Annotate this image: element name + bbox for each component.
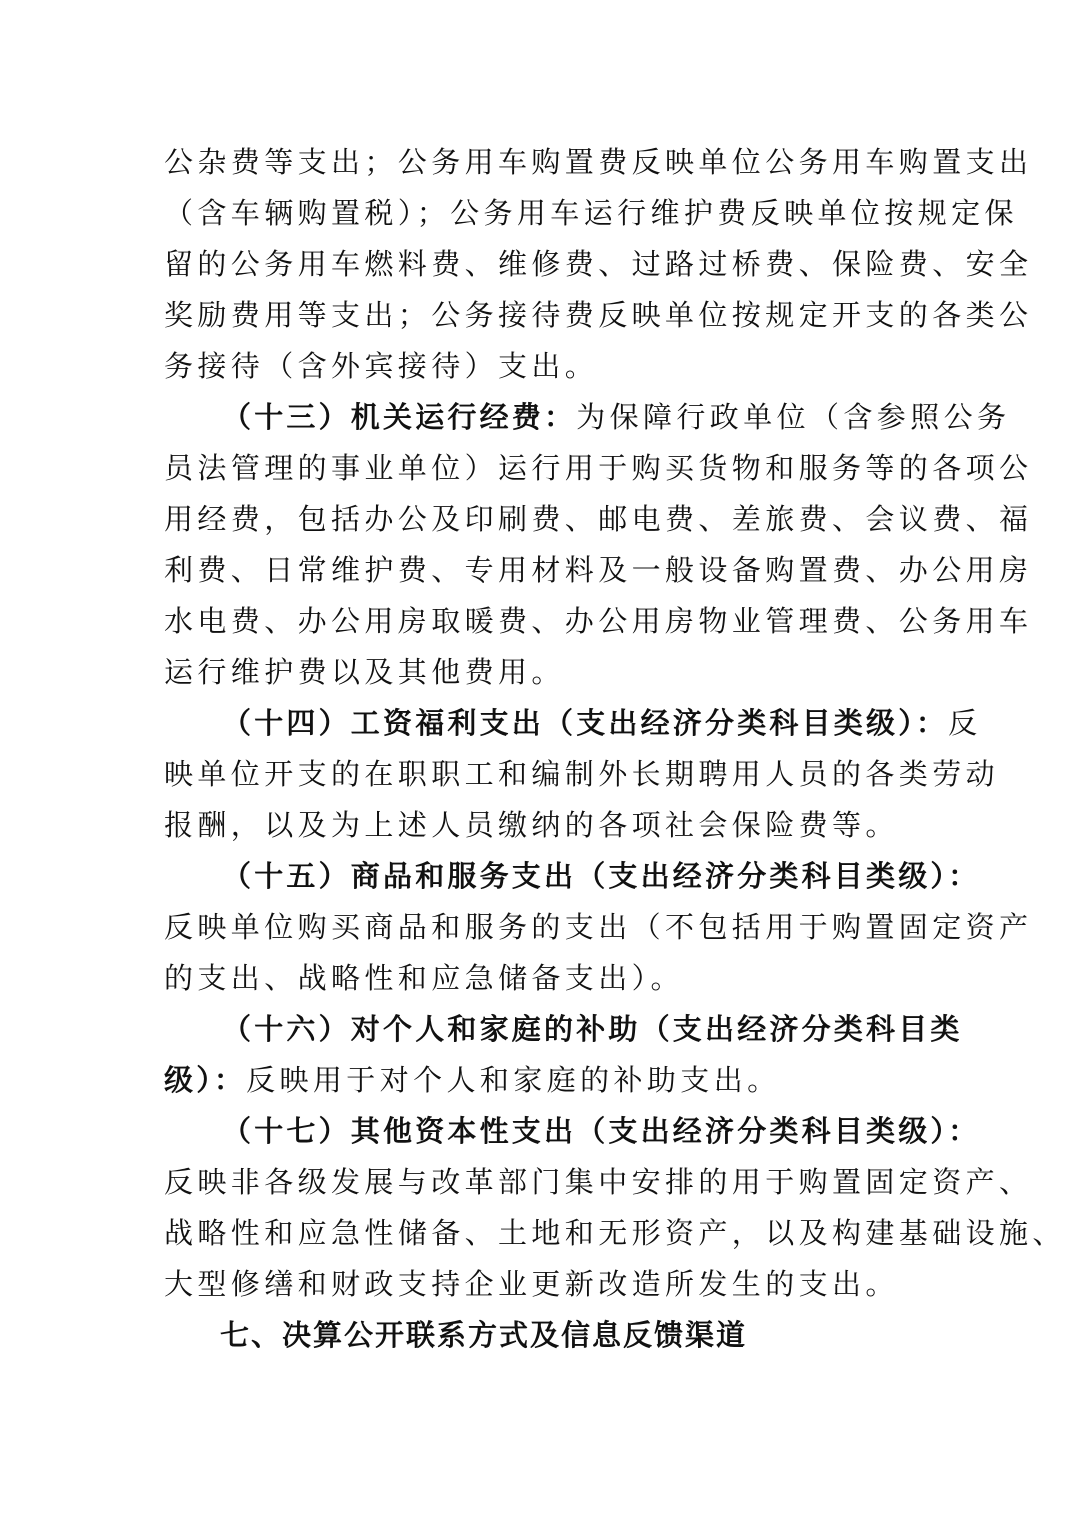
definition-first-line: （十五）商品和服务支出（支出经济分类科目类级）： <box>164 851 916 902</box>
text-line: 映单位开支的在职职工和编制外长期聘用人员的各类劳动 <box>164 749 916 800</box>
definition-first-line: （十三）机关运行经费：为保障行政单位（含参照公务 <box>164 392 916 443</box>
text-line: 利费、日常维护费、专用材料及一般设备购置费、办公用房 <box>164 545 916 596</box>
definition-term: （十三）机关运行经费： <box>222 400 576 434</box>
text-line: 报酬，以及为上述人员缴纳的各项社会保险费等。 <box>164 800 916 851</box>
text-line: 公杂费等支出；公务用车购置费反映单位公务用车购置支出 <box>164 137 916 188</box>
text-line: 大型修缮和财政支持企业更新改造所发生的支出。 <box>164 1259 916 1310</box>
definition-text: 反 <box>948 706 981 740</box>
definition-first-line: （十四）工资福利支出（支出经济分类科目类级）：反 <box>164 698 916 749</box>
text-line: 务接待（含外宾接待）支出。 <box>164 341 916 392</box>
definition-item-13: （十三）机关运行经费：为保障行政单位（含参照公务 员法管理的事业单位）运行用于购… <box>164 392 916 698</box>
definition-item-17: （十七）其他资本性支出（支出经济分类科目类级）： 反映非各级发展与改革部门集中安… <box>164 1106 916 1310</box>
text-line: 的支出、战略性和应急储备支出）。 <box>164 953 916 1004</box>
text-line: 奖励费用等支出；公务接待费反映单位按规定开支的各类公 <box>164 290 916 341</box>
definition-second-line: 级）：反映用于对个人和家庭的补助支出。 <box>164 1055 916 1106</box>
section-heading: 七、决算公开联系方式及信息反馈渠道 <box>164 1310 916 1361</box>
text-line: 用经费，包括办公及印刷费、邮电费、差旅费、会议费、福 <box>164 494 916 545</box>
document-page: 公杂费等支出；公务用车购置费反映单位公务用车购置支出 （含车辆购置税）；公务用车… <box>164 137 916 1361</box>
continuation-paragraph: 公杂费等支出；公务用车购置费反映单位公务用车购置支出 （含车辆购置税）；公务用车… <box>164 137 916 392</box>
text-line: 运行维护费以及其他费用。 <box>164 647 916 698</box>
definition-term: （十六）对个人和家庭的补助（支出经济分类科目类 <box>222 1012 963 1046</box>
definition-first-line: （十六）对个人和家庭的补助（支出经济分类科目类 <box>164 1004 916 1055</box>
definition-item-16: （十六）对个人和家庭的补助（支出经济分类科目类 级）：反映用于对个人和家庭的补助… <box>164 1004 916 1106</box>
text-line: 留的公务用车燃料费、维修费、过路过桥费、保险费、安全 <box>164 239 916 290</box>
text-line: 水电费、办公用房取暖费、办公用房物业管理费、公务用车 <box>164 596 916 647</box>
text-line: 反映单位购买商品和服务的支出（不包括用于购置固定资产 <box>164 902 916 953</box>
definition-first-line: （十七）其他资本性支出（支出经济分类科目类级）： <box>164 1106 916 1157</box>
text-line: 战略性和应急性储备、土地和无形资产，以及构建基础设施、 <box>164 1208 916 1259</box>
definition-item-15: （十五）商品和服务支出（支出经济分类科目类级）： 反映单位购买商品和服务的支出（… <box>164 851 916 1004</box>
definition-term: （十四）工资福利支出（支出经济分类科目类级）： <box>222 706 948 740</box>
definition-text: 为保障行政单位（含参照公务 <box>576 400 1010 434</box>
text-line: （含车辆购置税）；公务用车运行维护费反映单位按规定保 <box>164 188 916 239</box>
definition-term: （十五）商品和服务支出（支出经济分类科目类级）： <box>222 859 980 893</box>
definition-text: 反映用于对个人和家庭的补助支出。 <box>246 1063 780 1097</box>
definition-term-continued: 级）： <box>164 1063 246 1097</box>
text-line: 反映非各级发展与改革部门集中安排的用于购置固定资产、 <box>164 1157 916 1208</box>
definition-term: （十七）其他资本性支出（支出经济分类科目类级）： <box>222 1114 980 1148</box>
text-line: 员法管理的事业单位）运行用于购买货物和服务等的各项公 <box>164 443 916 494</box>
definition-item-14: （十四）工资福利支出（支出经济分类科目类级）：反 映单位开支的在职职工和编制外长… <box>164 698 916 851</box>
